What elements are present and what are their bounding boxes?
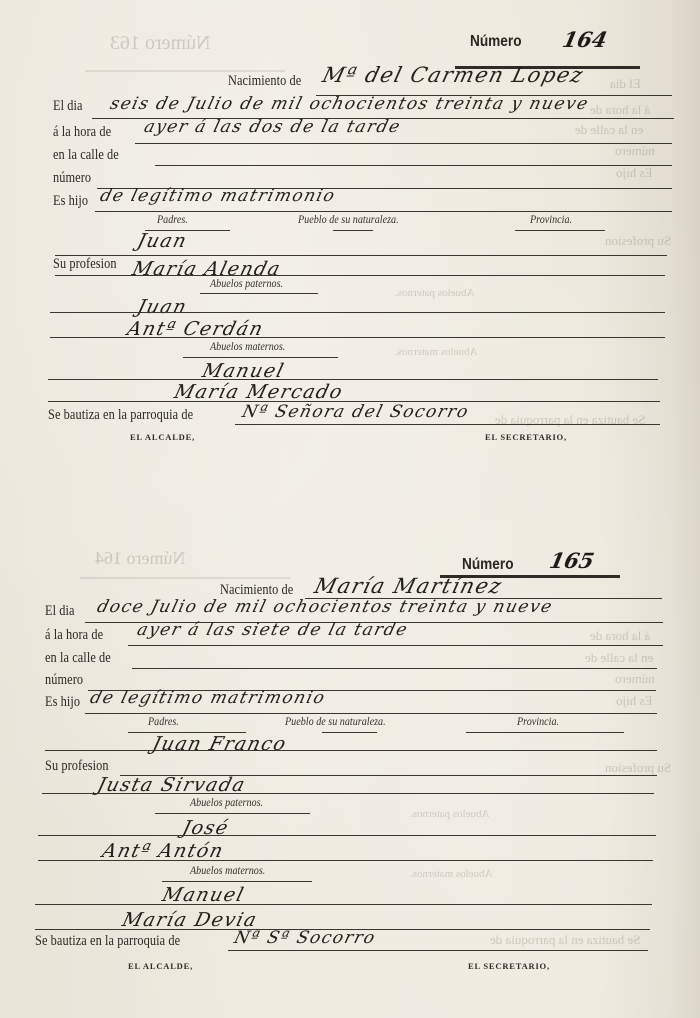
ghost-abuelos-maternos: Abuelos maternos. — [395, 346, 477, 358]
pueblo-caption: Pueblo de su naturaleza. — [285, 716, 386, 728]
es-hijo-line — [95, 211, 672, 212]
profesion-label: Su profesion — [53, 256, 117, 273]
register-page: Número 163 El dia á la hora de en la cal… — [0, 0, 700, 1018]
legitimacy: de legítimo matrimonio — [88, 688, 328, 708]
paternal-grandmother: Antª Antón — [100, 840, 226, 862]
abuelos-paternos-caption: Abuelos paternos. — [210, 278, 283, 290]
ghost-numero-3: número — [615, 671, 655, 687]
calle-line — [155, 165, 672, 166]
ghost-abuelos-paternos: Abuelos paternos. — [395, 287, 474, 299]
legitimacy: de legítimo matrimonio — [98, 186, 338, 206]
record-number: 164 — [560, 27, 609, 52]
ghost-rule — [80, 577, 290, 579]
calle-label: en la calle de — [45, 650, 111, 667]
provincia-caption: Provincia. — [530, 214, 572, 226]
child-name: Mª del Carmen Lopez — [320, 63, 587, 87]
paternal-grandmother-line — [50, 337, 665, 338]
ghost-rule — [85, 70, 285, 72]
hora-label: á la hora de — [45, 627, 103, 644]
pueblo-rule — [322, 732, 377, 733]
bautiza-label: Se bautiza en la parroquia de — [48, 407, 193, 424]
padres-caption: Padres. — [148, 716, 179, 728]
es-hijo-label: Es hijo — [53, 193, 88, 210]
mother-name: María Alenda — [130, 258, 284, 280]
numero-label: Número — [470, 33, 522, 51]
maternal-grandfather-line — [35, 904, 652, 905]
pueblo-rule — [333, 230, 373, 231]
hora-line — [135, 143, 672, 144]
ghost-el-dia: El dia — [610, 76, 641, 92]
profesion-label: Su profesion — [45, 758, 109, 775]
birth-date: seis de Julio de mil ochocientos treinta… — [108, 94, 591, 114]
nacimiento-label: Nacimiento de — [228, 73, 301, 90]
numero-label: Número — [462, 556, 514, 574]
paternal-grandfather-line — [38, 835, 656, 836]
parish-name: Nª Señora del Socorro — [240, 402, 471, 422]
mother-line — [55, 275, 665, 276]
father-name: Juan — [135, 230, 190, 252]
abuelos-paternos-caption: Abuelos paternos. — [190, 797, 263, 809]
ghost-profesion: Su profesion — [605, 233, 671, 249]
paternal-grandfather: Juan — [135, 296, 190, 318]
maternal-grandmother: María Mercado — [172, 381, 346, 403]
calle-line — [132, 668, 657, 669]
el-dia-label: El dia — [45, 603, 75, 620]
ghost-profesion-2: Su profesion — [605, 760, 671, 776]
calle-label: en la calle de — [53, 147, 119, 164]
abuelos-maternos-rule — [162, 881, 312, 882]
mother-line — [42, 793, 654, 794]
secretario-signature-label: EL SECRETARIO, — [485, 432, 567, 442]
father-name: Juan Franco — [150, 733, 289, 755]
father-line — [55, 255, 667, 256]
pueblo-caption: Pueblo de su naturaleza. — [298, 214, 399, 226]
bautiza-label: Se bautiza en la parroquia de — [35, 933, 180, 950]
ghost-numero-1: Número 163 — [110, 32, 211, 55]
birth-hour: ayer á las siete de la tarde — [135, 620, 410, 640]
ghost-calle: en la calle de — [575, 122, 643, 138]
ghost-es-hijo: Es hijo — [616, 165, 652, 181]
parroquia-line — [228, 950, 648, 951]
birth-hour: ayer á las dos de la tarde — [142, 117, 403, 137]
ghost-bautiza: Se bautiza en la parroquia de — [495, 412, 646, 428]
padres-caption: Padres. — [157, 214, 188, 226]
maternal-grandfather-line — [48, 379, 658, 380]
ghost-bautiza-2: Se bautiza en la parroquia de — [490, 932, 641, 948]
abuelos-maternos-caption: Abuelos maternos. — [210, 341, 285, 353]
abuelos-paternos-rule — [200, 293, 318, 294]
birth-date: doce Julio de mil ochocientos treinta y … — [95, 597, 555, 617]
secretario-signature-label: EL SECRETARIO, — [468, 961, 550, 971]
hora-label: á la hora de — [53, 124, 111, 141]
el-dia-label: El dia — [53, 98, 83, 115]
maternal-grandfather: Manuel — [160, 884, 247, 906]
record-number: 165 — [547, 548, 596, 573]
es-hijo-label: Es hijo — [45, 694, 80, 711]
alcalde-signature-label: EL ALCALDE, — [128, 961, 193, 971]
paternal-grandfather-line — [50, 312, 665, 313]
ghost-hora-2: á la hora de — [590, 628, 650, 644]
ghost-calle-2: en la calle de — [585, 650, 653, 666]
ghost-numero-2: Número 164 — [95, 548, 185, 569]
parish-name: Nª Sª Socorro — [232, 928, 378, 948]
abuelos-paternos-rule — [155, 813, 310, 814]
child-name: María Martínez — [312, 574, 505, 598]
numero-casa-label: número — [45, 672, 83, 689]
paternal-grandmother-line — [38, 860, 653, 861]
ghost-es-hijo-2: Es hijo — [616, 693, 652, 709]
ghost-numero: número — [615, 143, 655, 159]
es-hijo-line — [85, 713, 657, 714]
provincia-rule — [515, 230, 605, 231]
alcalde-signature-label: EL ALCALDE, — [130, 432, 195, 442]
father-line — [45, 750, 657, 751]
hora-line — [128, 645, 663, 646]
ghost-hora: á la hora de — [590, 102, 650, 118]
ghost-abuelos-paternos-2: Abuelos paternos. — [410, 808, 489, 820]
numero-casa-label: número — [53, 170, 91, 187]
provincia-caption: Provincia. — [517, 716, 559, 728]
ghost-abuelos-maternos-2: Abuelos maternos. — [410, 868, 492, 880]
provincia-rule — [466, 732, 624, 733]
abuelos-maternos-rule — [183, 357, 338, 358]
parroquia-line — [235, 424, 660, 425]
abuelos-maternos-caption: Abuelos maternos. — [190, 865, 265, 877]
